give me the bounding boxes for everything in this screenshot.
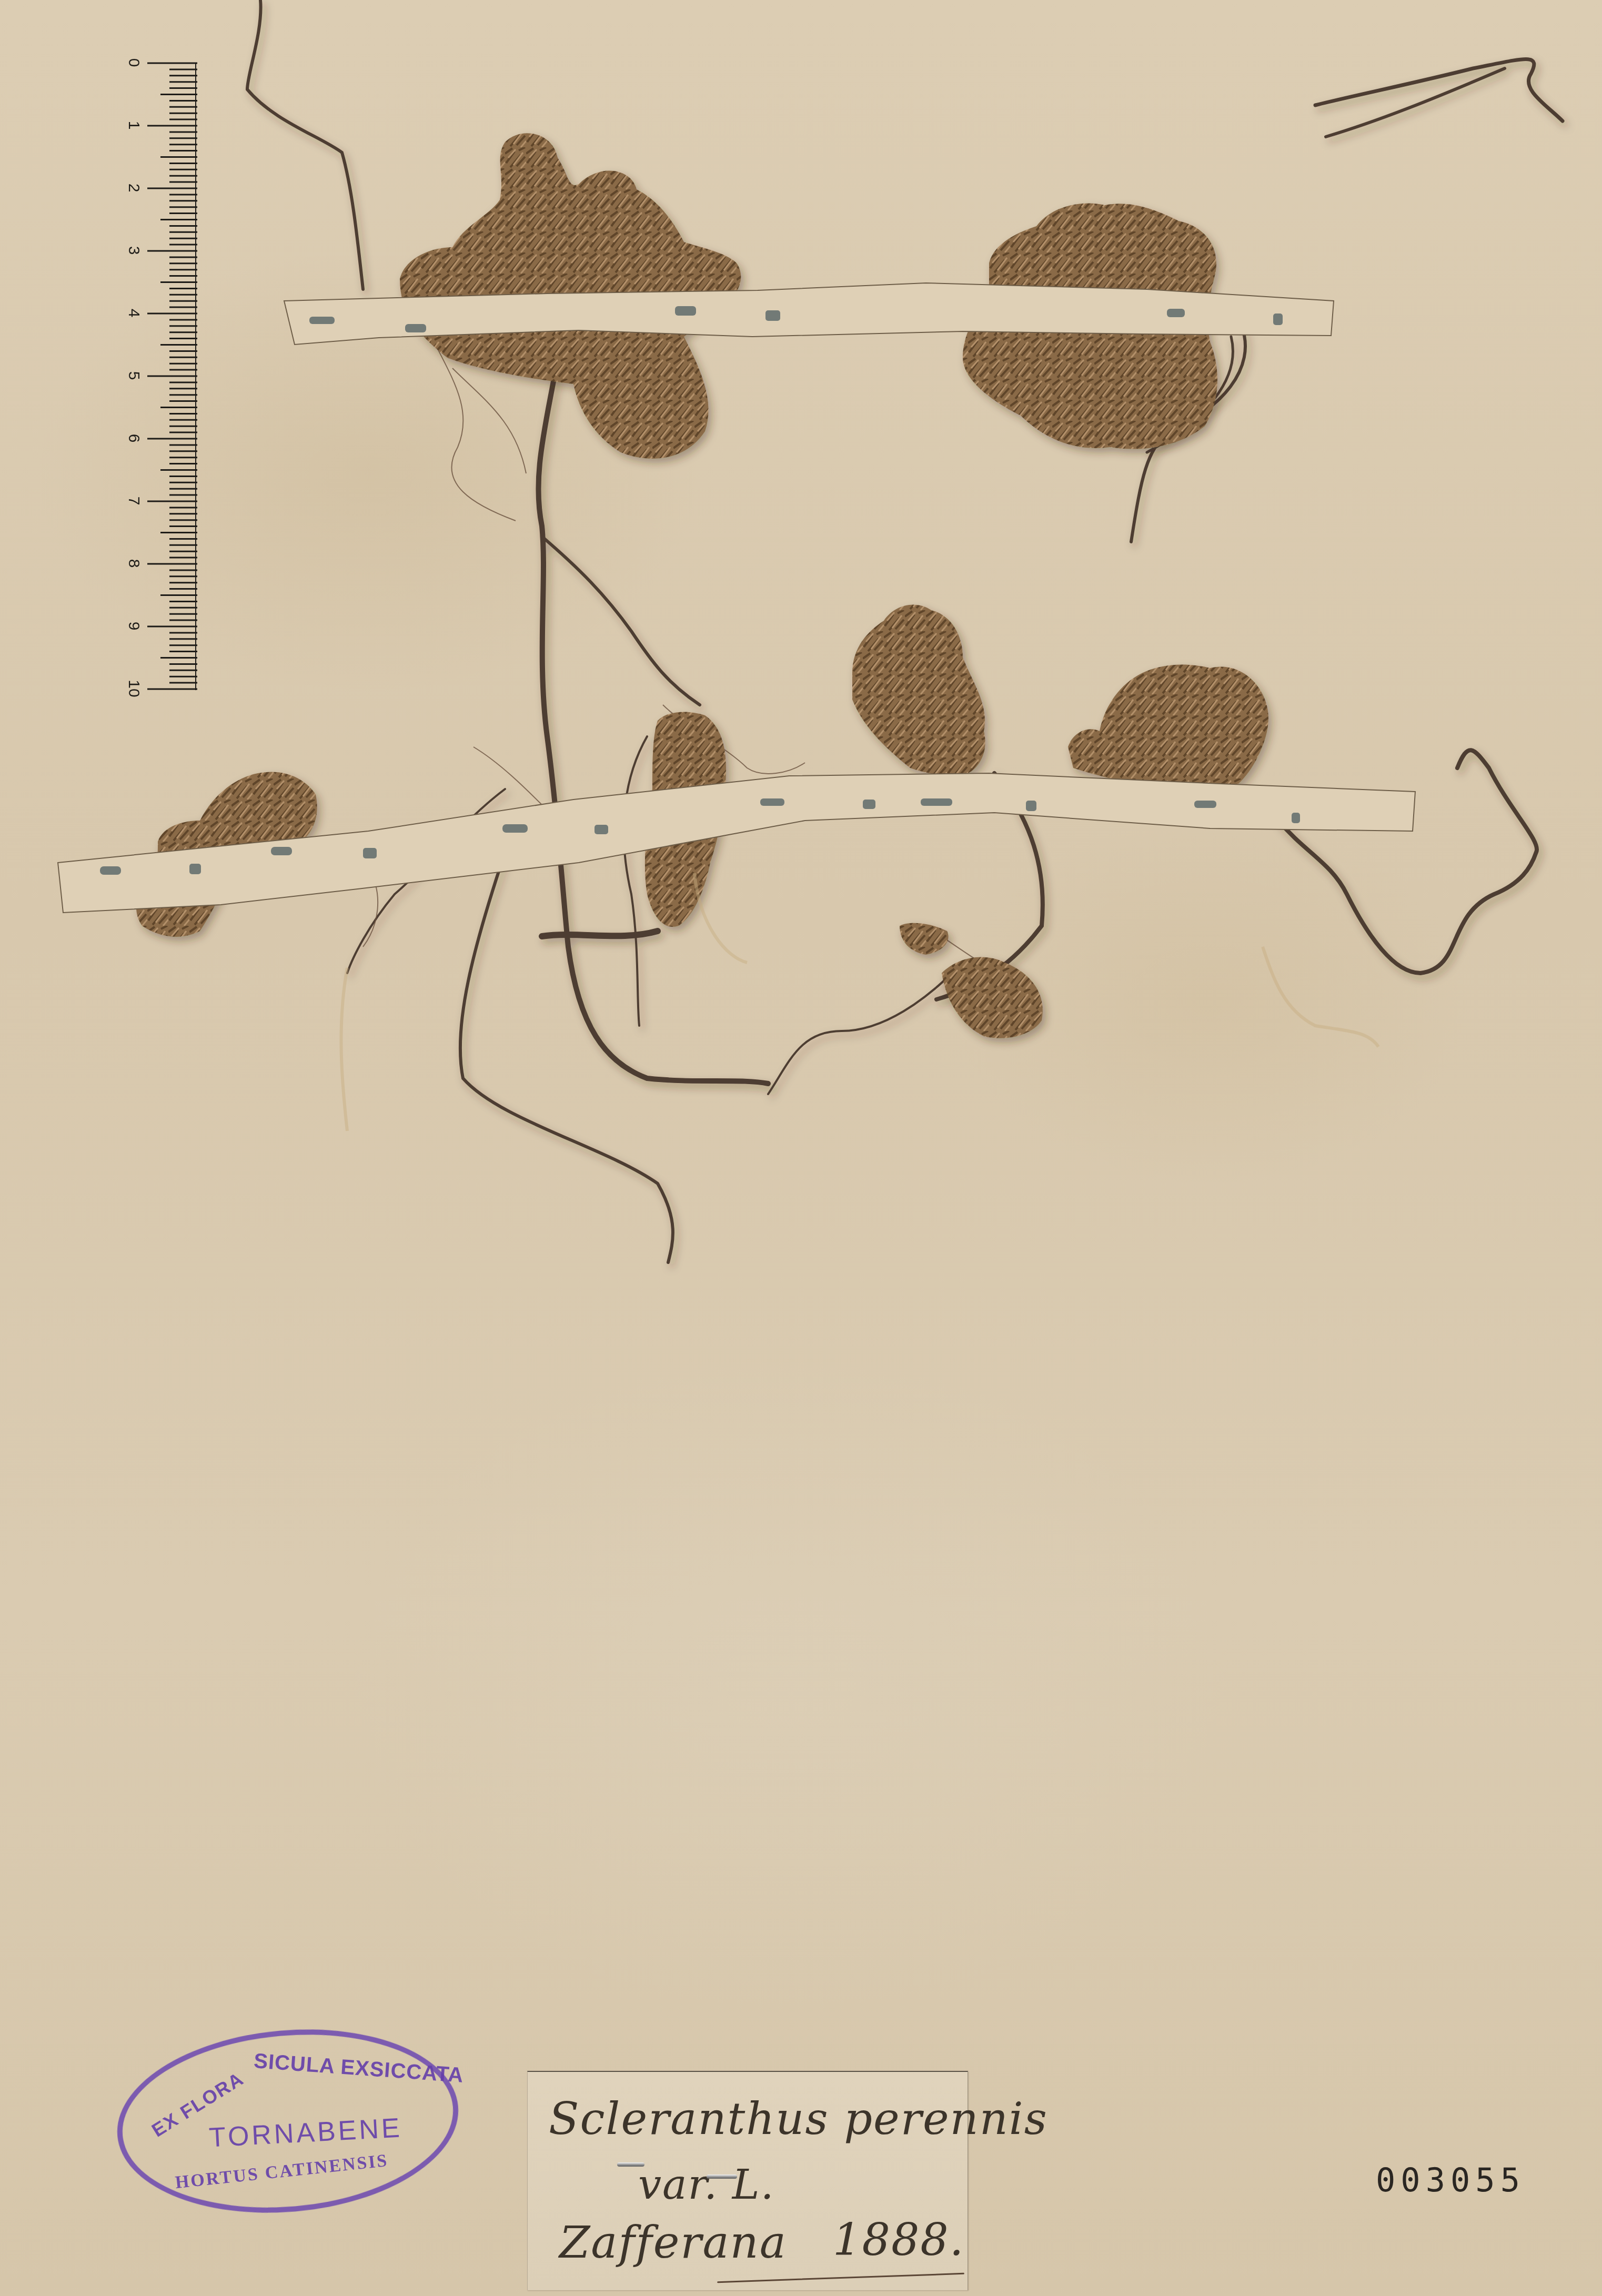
label-year: 1888. [833,2214,964,2265]
pin-icon [707,2174,737,2179]
cluster-lower-small [900,923,949,955]
cluster-mid-left [852,605,985,776]
label-taxon-name: Scleranthus perennis [549,2093,1048,2145]
label-underline [717,2273,964,2283]
pin-icon [617,2162,644,2167]
foliage-clusters [136,133,1268,1038]
determination-label: Scleranthus perennis var. L. Zafferana 1… [527,2071,968,2290]
paper-stains [341,873,1378,1131]
plant-specimen [0,0,1602,2296]
label-locality: Zafferana [559,2217,787,2268]
herbarium-sheet: 0 1 2 3 4 5 6 7 8 9 10 [0,0,1602,2296]
cluster-bottom-tangle [942,957,1043,1038]
catalog-number: 003055 [1376,2161,1525,2199]
institution-stamp: EX FLORA SICULA EXSICCATA TORNABENE HORT… [117,2030,459,2212]
label-variety: var. L. [638,2161,774,2209]
